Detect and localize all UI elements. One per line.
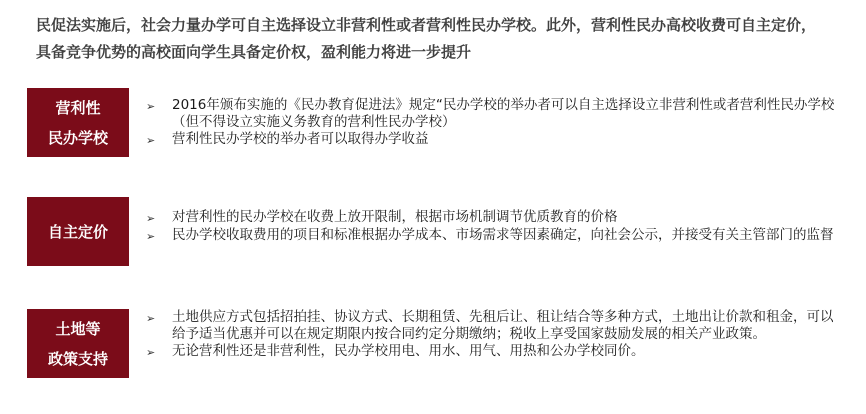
section-bullets-for-profit-schools: ➢ 2016年颁布实施的《民办教育促进法》规定“民办学校的举办者可以自主选择设立… — [146, 97, 836, 149]
intro-summary: 民促法实施后，社会力量办学可自主选择设立非营利性或者营利性民办学校。此外，营利性… — [36, 12, 856, 66]
intro-line-1: 民促法实施后，社会力量办学可自主选择设立非营利性或者营利性民办学校。此外，营利性… — [36, 12, 856, 39]
bullet-text: 土地供应方式包括招拍挂、协议方式、长期租赁、先租后让、租让结合等多种方式，土地出… — [172, 309, 836, 343]
section-bullets-self-pricing: ➢ 对营利性的民办学校在收费上放开限制，根据市场机制调节优质教育的价格 ➢ 民办… — [146, 209, 836, 245]
arrowhead-bullet-icon: ➢ — [146, 227, 172, 245]
bullet-item: ➢ 2016年颁布实施的《民办教育促进法》规定“民办学校的举办者可以自主选择设立… — [146, 97, 836, 131]
bullet-item: ➢ 对营利性的民办学校在收费上放开限制，根据市场机制调节优质教育的价格 — [146, 209, 836, 227]
arrowhead-bullet-icon: ➢ — [146, 97, 172, 131]
intro-line-2: 具备竞争优势的高校面向学生具备定价权，盈利能力将进一步提升 — [36, 39, 856, 66]
section-label-for-profit-schools: 营利性 民办学校 — [27, 88, 129, 157]
bullet-text: 无论营利性还是非营利性，民办学校用电、用水、用气、用热和公办学校同价。 — [172, 343, 836, 361]
bullet-item: ➢ 民办学校收取费用的项目和标准根据办学成本、市场需求等因素确定，向社会公示，并… — [146, 227, 836, 245]
section-bullets-land-policy-support: ➢ 土地供应方式包括招拍挂、协议方式、长期租赁、先租后让、租让结合等多种方式，土… — [146, 309, 836, 361]
arrowhead-bullet-icon: ➢ — [146, 209, 172, 227]
bullet-text: 2016年颁布实施的《民办教育促进法》规定“民办学校的举办者可以自主选择设立非营… — [172, 97, 836, 131]
bullet-item: ➢ 营利性民办学校的举办者可以取得办学收益 — [146, 131, 836, 149]
bullet-item: ➢ 土地供应方式包括招拍挂、协议方式、长期租赁、先租后让、租让结合等多种方式，土… — [146, 309, 836, 343]
bullet-text: 民办学校收取费用的项目和标准根据办学成本、市场需求等因素确定，向社会公示，并接受… — [172, 227, 836, 245]
label-line: 民办学校 — [48, 123, 108, 153]
bullet-item: ➢ 无论营利性还是非营利性，民办学校用电、用水、用气、用热和公办学校同价。 — [146, 343, 836, 361]
label-line: 营利性 — [55, 93, 100, 123]
arrowhead-bullet-icon: ➢ — [146, 309, 172, 343]
section-label-self-pricing: 自主定价 — [27, 197, 129, 266]
label-line: 政策支持 — [48, 344, 108, 374]
arrowhead-bullet-icon: ➢ — [146, 131, 172, 149]
label-line: 自主定价 — [48, 217, 108, 247]
bullet-text: 营利性民办学校的举办者可以取得办学收益 — [172, 131, 836, 149]
section-label-land-policy-support: 土地等 政策支持 — [27, 309, 129, 378]
bullet-text: 对营利性的民办学校在收费上放开限制，根据市场机制调节优质教育的价格 — [172, 209, 836, 227]
arrowhead-bullet-icon: ➢ — [146, 343, 172, 361]
label-line: 土地等 — [55, 314, 100, 344]
